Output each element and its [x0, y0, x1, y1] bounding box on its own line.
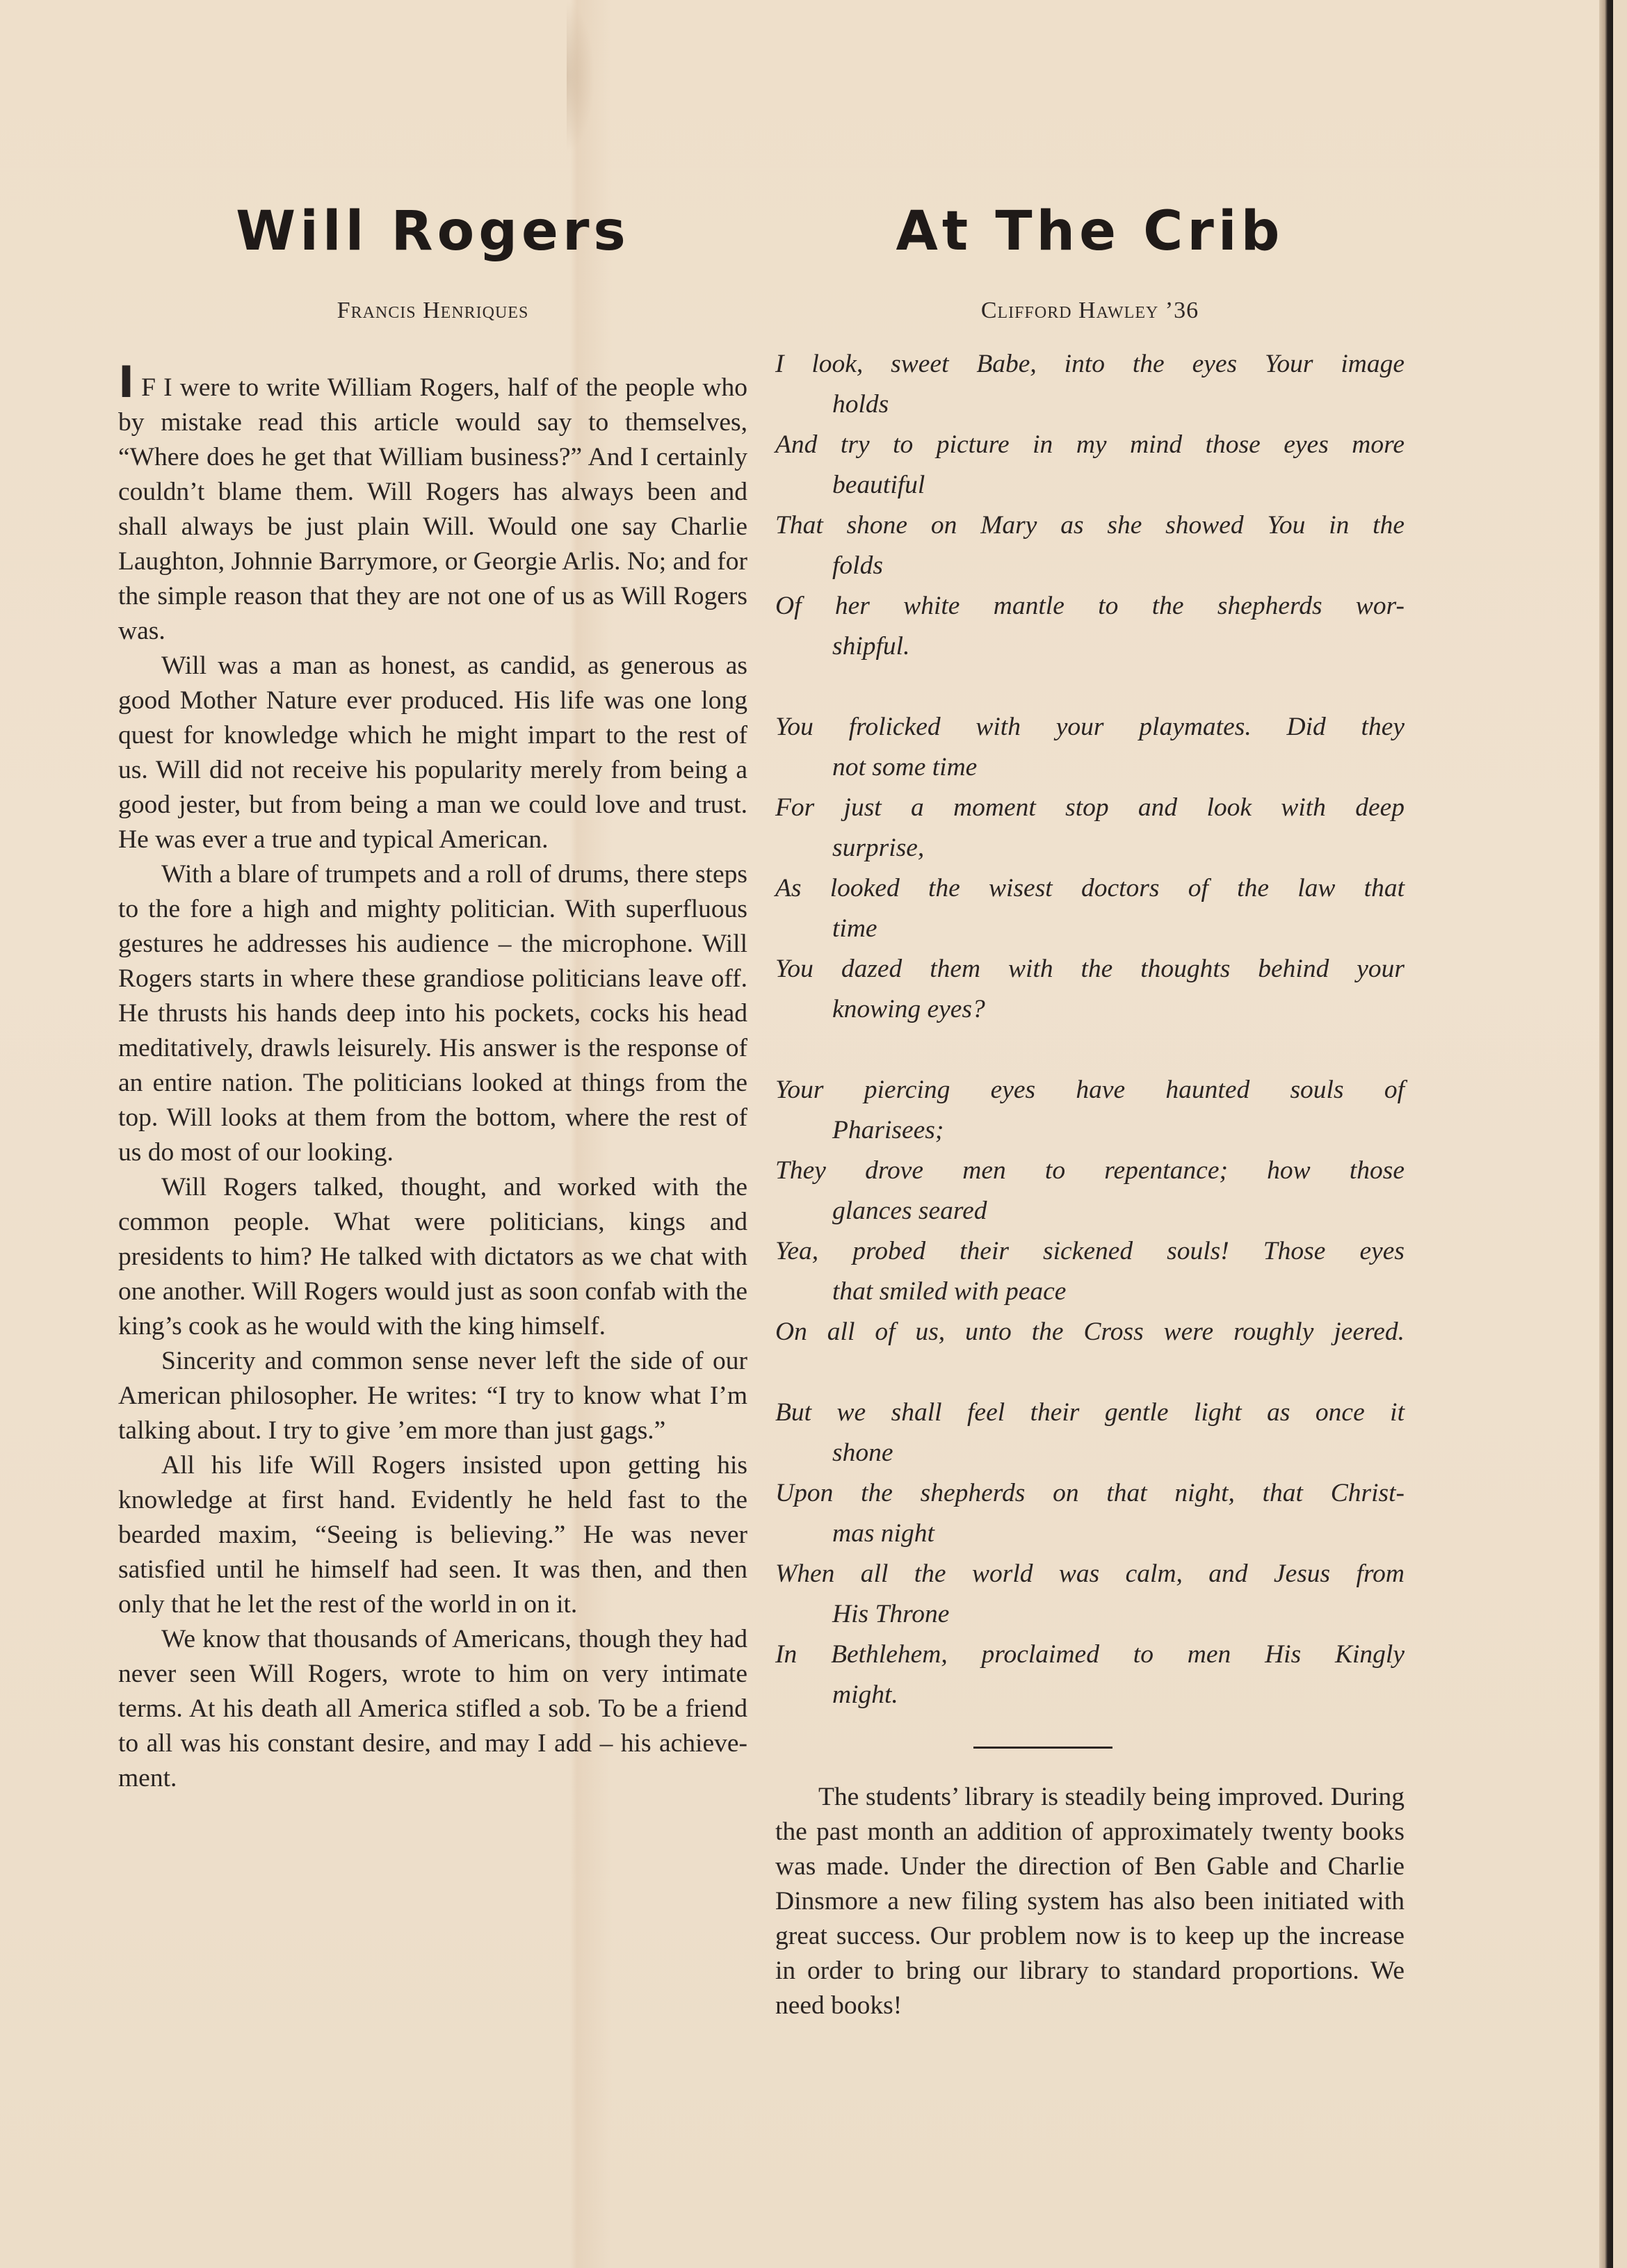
article-title: Will Rogers	[118, 200, 747, 263]
verse-continuation: knowing eyes?	[775, 989, 1405, 1030]
verse-continuation: folds	[775, 546, 1405, 586]
verse-line: On all of us, unto the Cross were roughl…	[775, 1312, 1405, 1352]
verse-line: They drove men to repentance; how those	[775, 1151, 1405, 1191]
stanza: You frolicked with your playmates. Did t…	[775, 707, 1405, 1030]
verse-continuation: not some time	[775, 747, 1405, 788]
verse-continuation: glances seared	[775, 1191, 1405, 1231]
drop-cap: I	[118, 368, 134, 396]
library-notice: The students’ library is steadily being …	[775, 1780, 1405, 2023]
paragraph: The students’ library is steadily being …	[775, 1780, 1405, 2023]
magazine-page: Will Rogers Francis Henriques IF I were …	[0, 0, 1613, 2268]
verse-line: Of her white mantle to the shepherds wor…	[775, 586, 1405, 626]
paper-fold-shadow	[567, 0, 594, 153]
section-divider	[973, 1747, 1112, 1749]
verse-line: Yea, probed their sickened souls! Those …	[775, 1231, 1405, 1272]
page-edge	[1599, 0, 1613, 2268]
verse-line: Upon the shepherds on that night, that C…	[775, 1473, 1405, 1514]
verse-line: As looked the wisest doctors of the law …	[775, 868, 1405, 909]
paragraph: Sincerity and common sense never left th…	[118, 1344, 747, 1448]
stanza: I look, sweet Babe, into the eyes Your i…	[775, 344, 1405, 667]
poem-body: I look, sweet Babe, into the eyes Your i…	[775, 344, 1405, 1756]
verse-continuation: beautiful	[775, 465, 1405, 505]
paragraph: We know that thousands of Americans, tho…	[118, 1622, 747, 1796]
verse-continuation: His Throne	[775, 1594, 1405, 1635]
verse-continuation: shone	[775, 1433, 1405, 1473]
verse-line: And try to picture in my mind those eyes…	[775, 425, 1405, 465]
paragraph: Will Rogers talked, thought, and worked …	[118, 1170, 747, 1344]
verse-continuation: might.	[775, 1675, 1405, 1715]
poem-title: At The Crib	[775, 200, 1405, 263]
verse-line: You frolicked with your playmates. Did t…	[775, 707, 1405, 747]
verse-line: I look, sweet Babe, into the eyes Your i…	[775, 344, 1405, 384]
paragraph: Will was a man as honest, as candid, as …	[118, 649, 747, 857]
stanza: But we shall feel their gentle light as …	[775, 1393, 1405, 1715]
paragraph: All his life Will Rogers insisted upon g…	[118, 1448, 747, 1622]
verse-line: When all the world was calm, and Jesus f…	[775, 1554, 1405, 1594]
verse-line: For just a moment stop and look with dee…	[775, 788, 1405, 828]
paragraph: IF I were to write William Rogers, half …	[118, 368, 747, 649]
verse-continuation: that smiled with peace	[775, 1272, 1405, 1312]
stanza: Your piercing eyes have haunted souls of…	[775, 1070, 1405, 1352]
poem-byline: Clifford Hawley ’36	[775, 298, 1405, 324]
article-body: IF I were to write William Rogers, half …	[118, 368, 747, 1796]
verse-continuation: Pharisees;	[775, 1110, 1405, 1151]
verse-line: In Bethlehem, proclaimed to men His King…	[775, 1635, 1405, 1675]
article-byline: Francis Henriques	[118, 298, 747, 324]
verse-line: But we shall feel their gentle light as …	[775, 1393, 1405, 1433]
paragraph: With a blare of trumpets and a roll of d…	[118, 857, 747, 1170]
verse-continuation: time	[775, 909, 1405, 949]
verse-continuation: mas night	[775, 1514, 1405, 1554]
verse-continuation: surprise,	[775, 828, 1405, 868]
verse-line: That shone on Mary as she showed You in …	[775, 505, 1405, 546]
verse-continuation: shipful.	[775, 626, 1405, 667]
verse-line: Your piercing eyes have haunted souls of	[775, 1070, 1405, 1110]
verse-continuation: holds	[775, 384, 1405, 425]
verse-line: You dazed them with the thoughts behind …	[775, 949, 1405, 989]
